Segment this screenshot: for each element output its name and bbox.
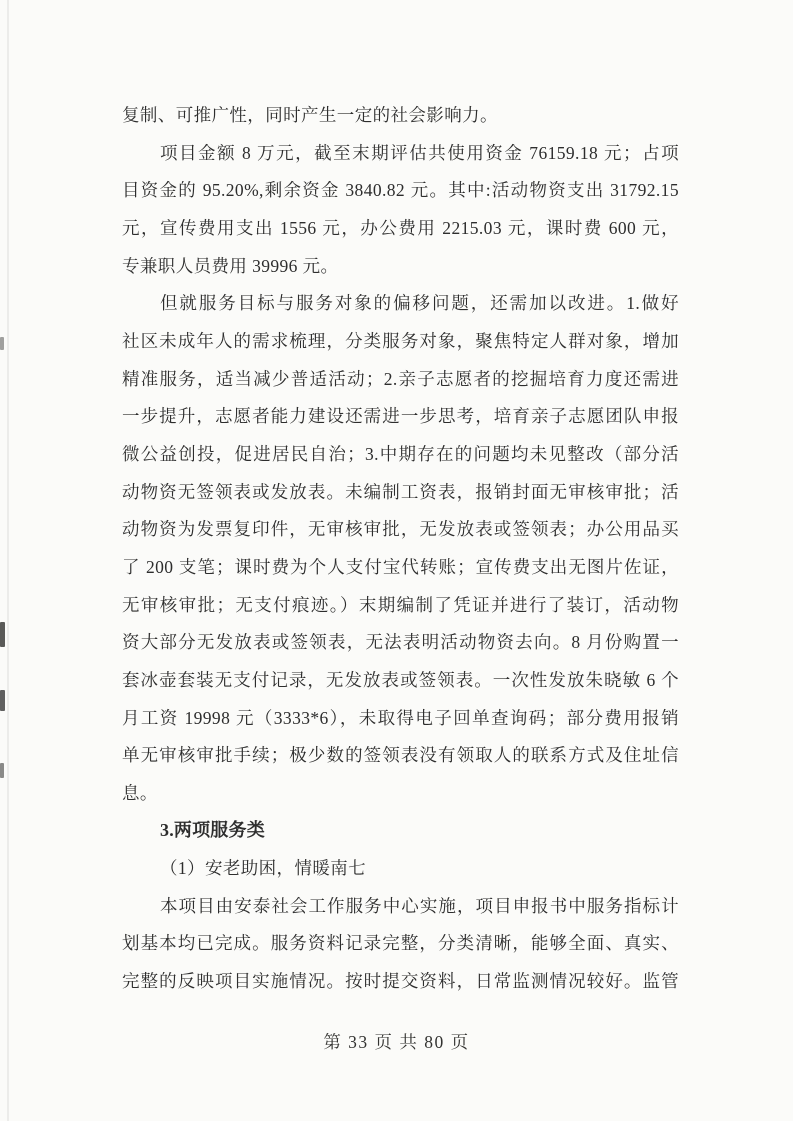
- text-line: 专兼职人员费用 39996 元。: [122, 248, 679, 286]
- text-line: 元，宣传费用支出 1556 元，办公费用 2215.03 元，课时费 600 元…: [122, 210, 679, 248]
- text-line: 但就服务目标与服务对象的偏移问题，还需加以改进。1.做好: [122, 285, 679, 323]
- text-line: 复制、可推广性，同时产生一定的社会影响力。: [122, 97, 679, 135]
- text-line: 息。: [122, 775, 679, 813]
- text-line: 动物资无签领表或发放表。未编制工资表，报销封面无审核审批；活: [122, 474, 679, 512]
- text-line: 一步提升，志愿者能力建设还需进一步思考，培育亲子志愿团队申报: [122, 398, 679, 436]
- scan-artifact: [0, 622, 5, 647]
- text-lines: 复制、可推广性，同时产生一定的社会影响力。项目金额 8 万元，截至末期评估共使用…: [122, 97, 679, 1001]
- text-line: 动物资为发票复印件，无审核审批，无发放表或签领表；办公用品买: [122, 511, 679, 549]
- document-page: 复制、可推广性，同时产生一定的社会影响力。项目金额 8 万元，截至末期评估共使用…: [0, 0, 793, 1121]
- text-line: 月工资 19998 元（3333*6），未取得电子回单查询码；部分费用报销: [122, 700, 679, 738]
- text-line: 套冰壶套装无支付记录，无发放表或签领表。一次性发放朱晓敏 6 个: [122, 662, 679, 700]
- text-line: 资大部分无发放表或签领表，无法表明活动物资去向。8 月份购置一: [122, 624, 679, 662]
- scan-artifact: [0, 690, 5, 711]
- text-line: 目资金的 95.20%,剩余资金 3840.82 元。其中:活动物资支出 317…: [122, 172, 679, 210]
- text-line: 无审核审批；无支付痕迹。）末期编制了凭证并进行了装订，活动物: [122, 587, 679, 625]
- text-line: 社区未成年人的需求梳理，分类服务对象，聚焦特定人群对象，增加: [122, 323, 679, 361]
- page-number-footer: 第 33 页 共 80 页: [0, 1029, 793, 1054]
- text-line: 完整的反映项目实施情况。按时提交资料，日常监测情况较好。监管: [122, 963, 679, 1001]
- scan-edge-line: [7, 0, 9, 1121]
- text-line: 精准服务，适当减少普适活动；2.亲子志愿者的挖掘培育力度还需进: [122, 361, 679, 399]
- text-line: 项目金额 8 万元，截至末期评估共使用资金 76159.18 元；占项: [122, 135, 679, 173]
- scan-artifact: [0, 763, 4, 778]
- scan-artifact: [0, 337, 4, 350]
- text-line: 单无审核审批手续；极少数的签领表没有领取人的联系方式及住址信: [122, 737, 679, 775]
- section-heading: 3.两项服务类: [122, 812, 679, 850]
- text-line: 微公益创投，促进居民自治；3.中期存在的问题均未见整改（部分活: [122, 436, 679, 474]
- text-line: 本项目由安泰社会工作服务中心实施，项目申报书中服务指标计: [122, 888, 679, 926]
- text-line: 划基本均已完成。服务资料记录完整，分类清晰，能够全面、真实、: [122, 925, 679, 963]
- text-line: 了 200 支笔；课时费为个人支付宝代转账；宣传费支出无图片佐证，: [122, 549, 679, 587]
- text-line: （1）安老助困，情暖南七: [122, 850, 679, 888]
